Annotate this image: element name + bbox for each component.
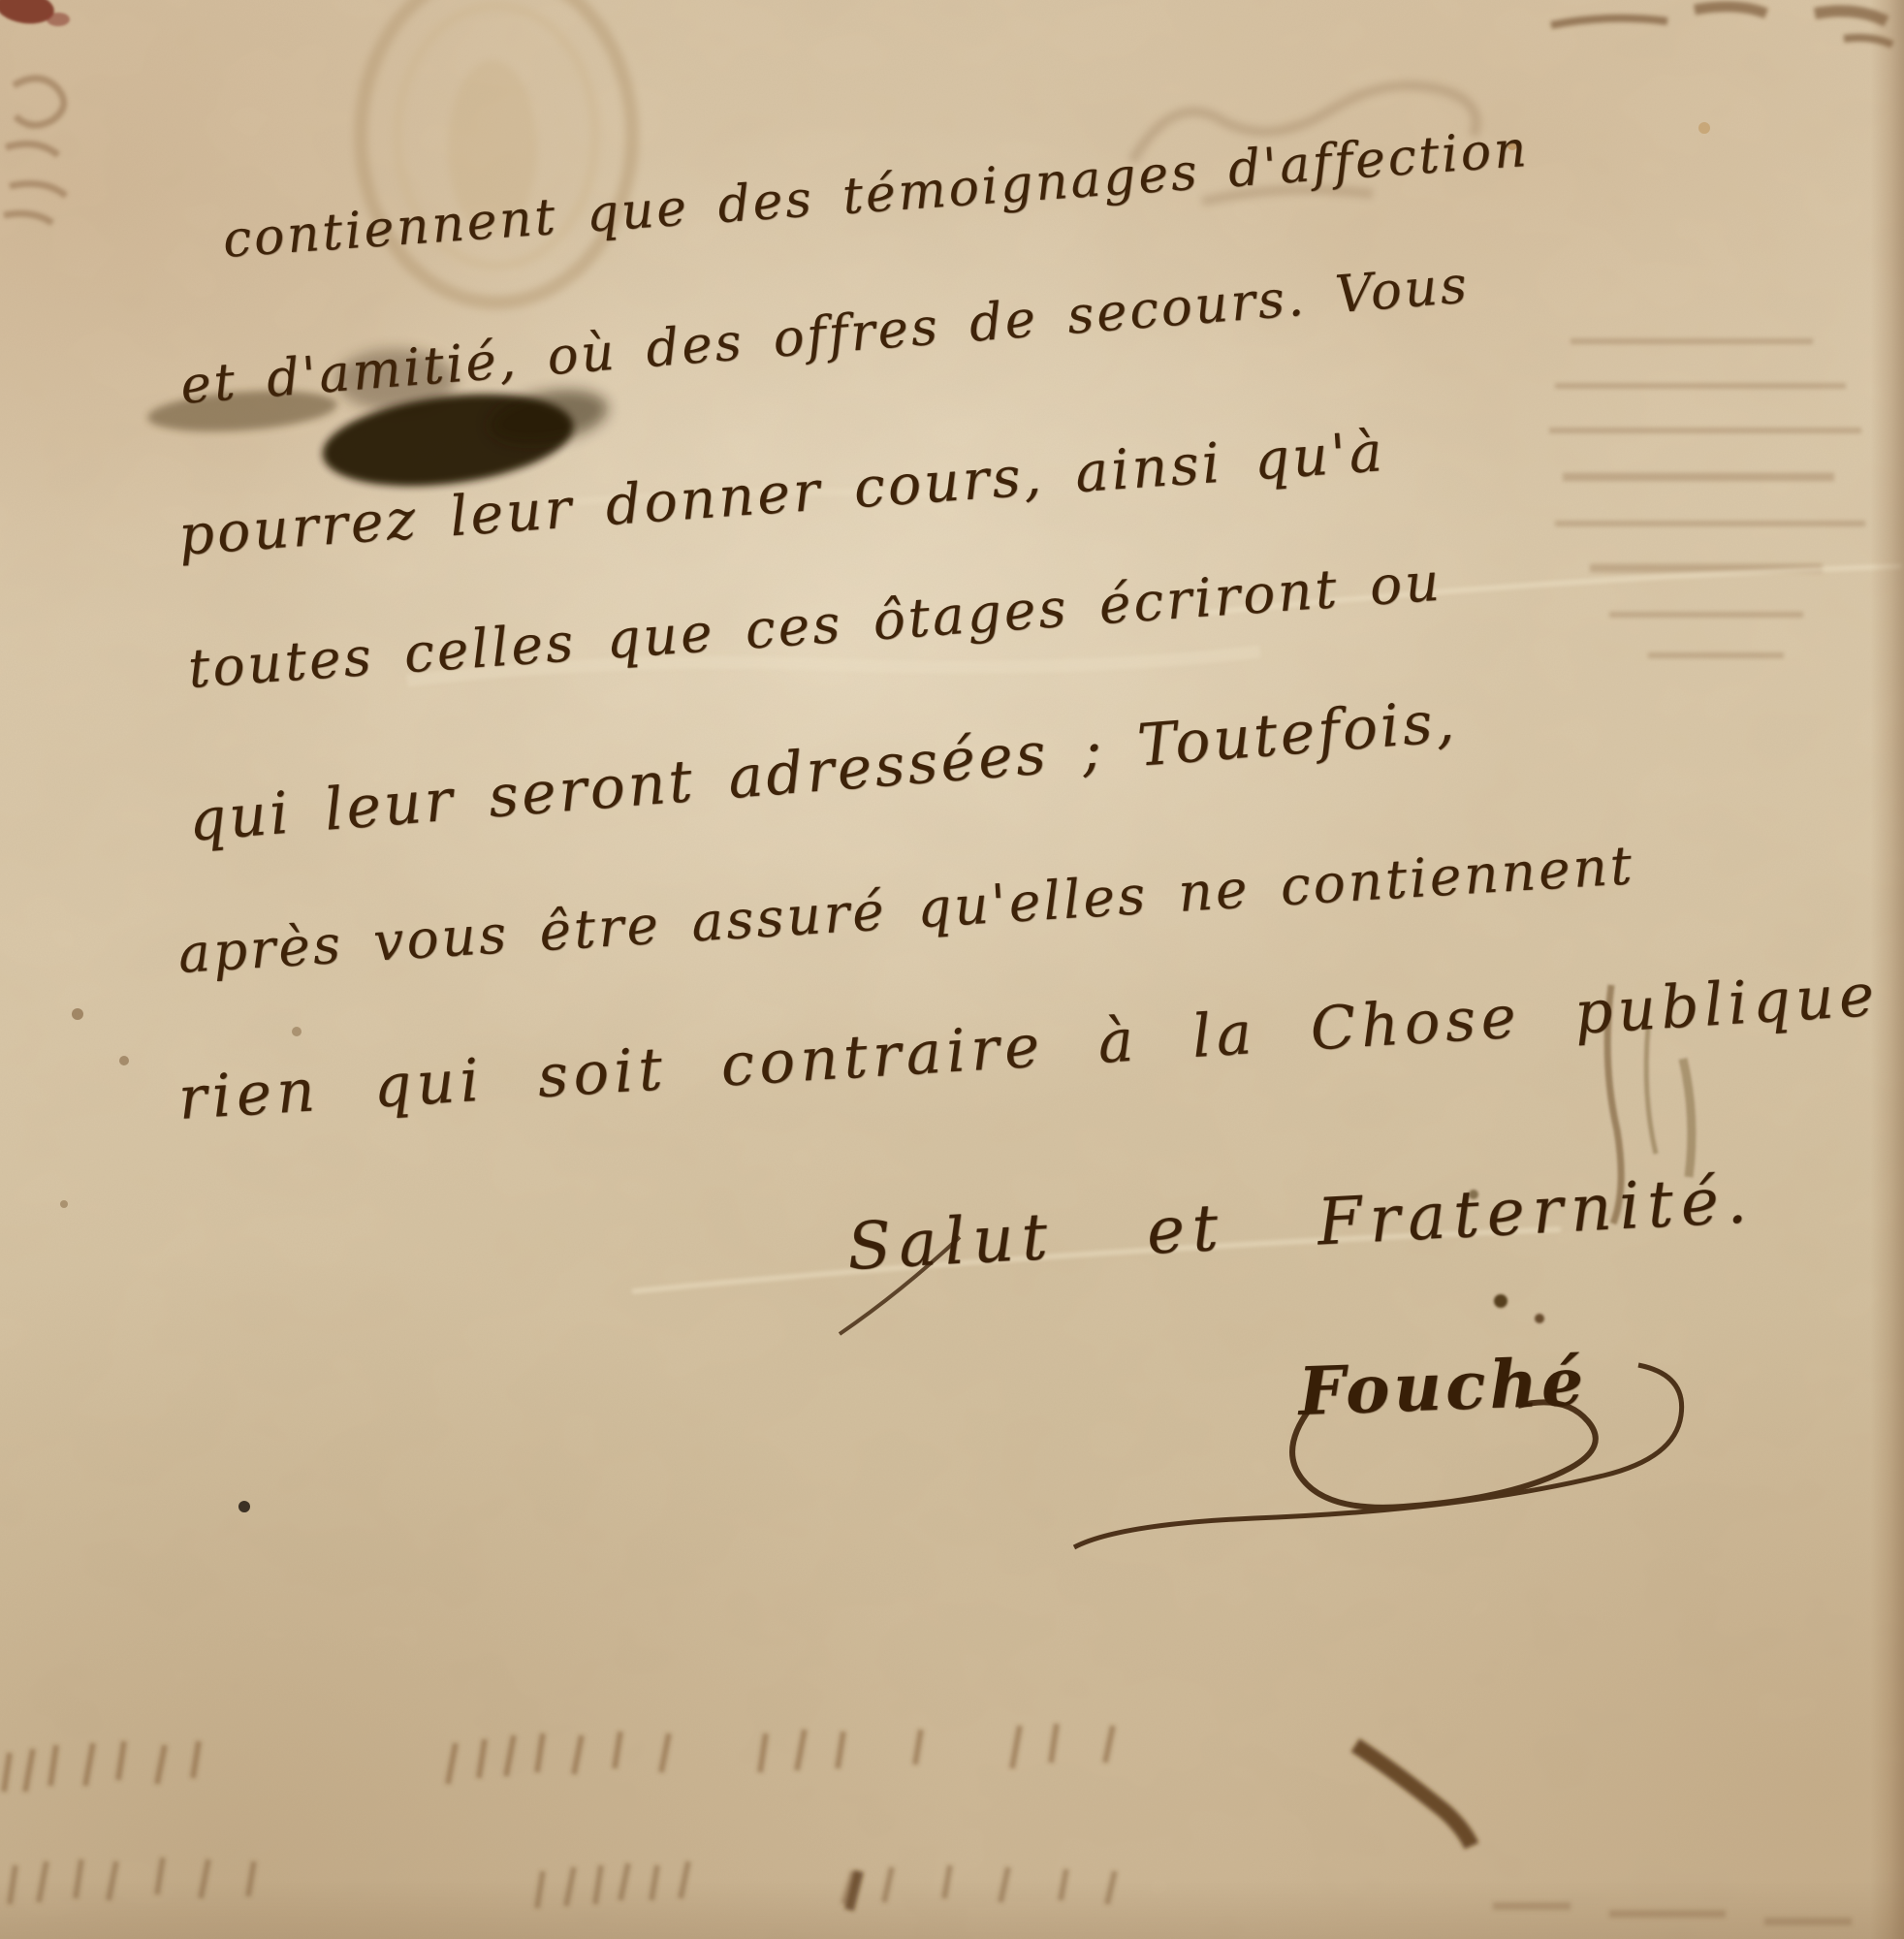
handwritten-line-3: pourrez leur donner cours, ainsi qu'à (176, 420, 1387, 568)
signature: Fouché (1297, 1344, 1589, 1431)
handwritten-line-4: toutes celles que ces ôtages écriront ou (186, 551, 1444, 700)
handwritten-line-5: qui leur seront adressées ; Toutefois, (186, 687, 1459, 855)
bleed-through-right-block (1549, 341, 1865, 655)
handwritten-line-6: après vous être assuré qu'elles ne conti… (176, 834, 1636, 985)
bleed-through-top-right (1551, 7, 1892, 45)
page-edge-shadow-bottom (0, 1881, 1904, 1939)
embossed-seal (361, 0, 632, 302)
closing-salutation: Salut et Fraternité. (845, 1162, 1756, 1285)
manuscript-page: contiennent que des témoignages d'affect… (0, 0, 1904, 1939)
page-edge-shadow-right (1871, 0, 1904, 1939)
handwritten-line-2: et d'amitié, où des offres de secours. V… (178, 255, 1472, 415)
handwritten-line-1: contiennent que des témoignages d'affect… (221, 120, 1531, 270)
handwritten-line-7: rien qui soit contraire à la Chose publi… (176, 961, 1881, 1133)
red-ink-corner-mark (0, 0, 70, 27)
bleed-through-left (4, 79, 66, 223)
